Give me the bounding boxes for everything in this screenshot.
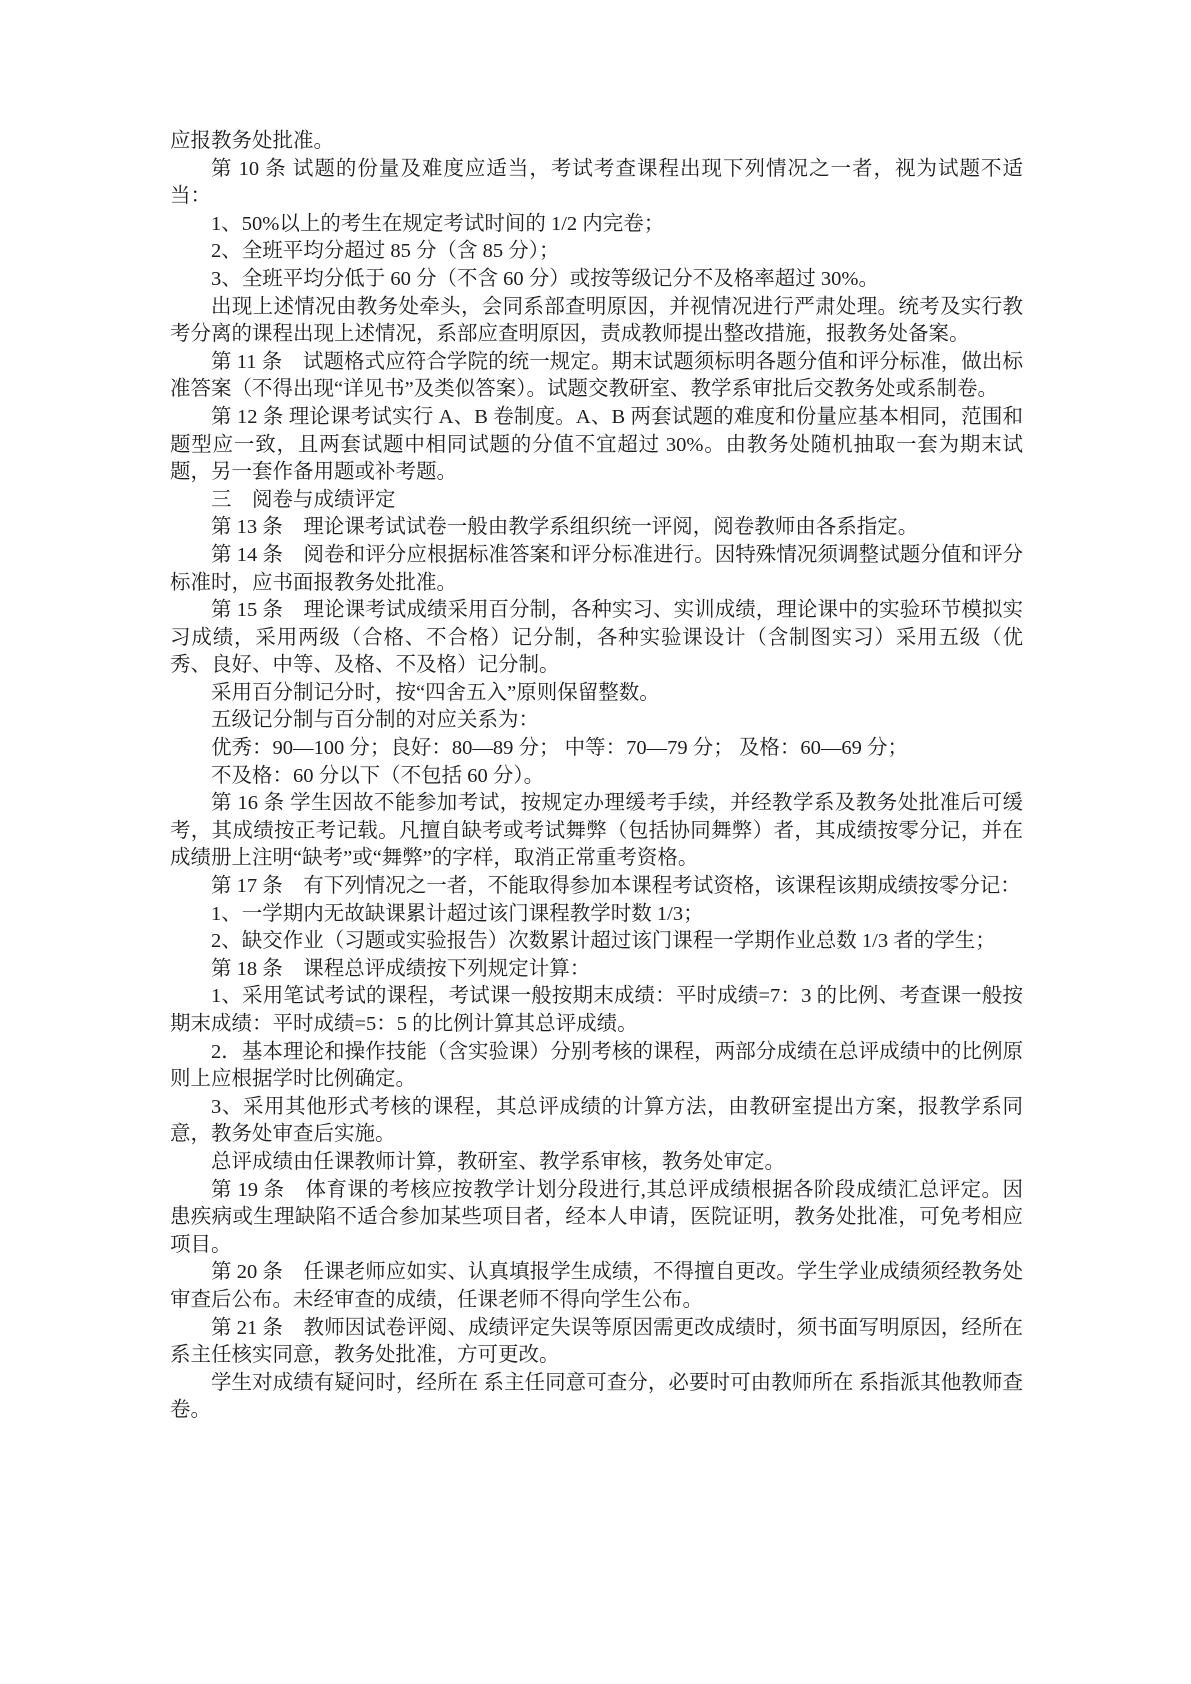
paragraph-article-13: 第 13 条 理论课考试试卷一般由教学系组织统一评阅，阅卷教师由各系指定。 bbox=[170, 514, 1023, 542]
paragraph-note: 出现上述情况由教务处牵头，会同系部查明原因，并视情况进行严肃处理。统考及实行教考… bbox=[170, 294, 1023, 349]
paragraph-article-17: 第 17 条 有下列情况之一者，不能取得参加本课程考试资格，该课程该期成绩按零分… bbox=[170, 873, 1023, 901]
paragraph-item-18-1: 1、采用笔试考试的课程，考试课一般按期末成绩：平时成绩=7：3 的比例、考查课一… bbox=[170, 983, 1023, 1038]
paragraph-grade-mapping: 优秀：90—100 分；良好：80—89 分； 中等：70—79 分； 及格：6… bbox=[170, 735, 1023, 763]
paragraph-article-18: 第 18 条 课程总评成绩按下列规定计算： bbox=[170, 956, 1023, 984]
paragraph-rounding-rule: 采用百分制记分时，按“四舍五入”原则保留整数。 bbox=[170, 680, 1023, 708]
paragraph-grade-mapping-intro: 五级记分制与百分制的对应关系为： bbox=[170, 707, 1023, 735]
paragraph-item-18-2: 2．基本理论和操作技能（含实验课）分别考核的课程，两部分成绩在总评成绩中的比例原… bbox=[170, 1039, 1023, 1094]
paragraph-item-17-2: 2、缺交作业（习题或实验报告）次数累计超过该门课程一学期作业总数 1/3 者的学… bbox=[170, 928, 1023, 956]
paragraph-article-15: 第 15 条 理论课考试成绩采用百分制，各种实习、实训成绩，理论课中的实验环节模… bbox=[170, 597, 1023, 680]
paragraph-item-3: 3、全班平均分低于 60 分（不含 60 分）或按等级记分不及格率超过 30%。 bbox=[170, 266, 1023, 294]
paragraph-article-14: 第 14 条 阅卷和评分应根据标准答案和评分标准进行。因特殊情况须调整试题分值和… bbox=[170, 542, 1023, 597]
paragraph-grade-inquiry: 学生对成绩有疑问时，经所在 系主任同意可查分，必要时可由教师所在 系指派其他教师… bbox=[170, 1370, 1023, 1425]
paragraph-article-20: 第 20 条 任课老师应如实、认真填报学生成绩，不得擅自更改。学生学业成绩须经教… bbox=[170, 1259, 1023, 1314]
paragraph-item-1: 1、50%以上的考生在规定考试时间的 1/2 内完卷； bbox=[170, 211, 1023, 239]
paragraph-article-19: 第 19 条 体育课的考核应按教学计划分段进行,其总评成绩根据各阶段成绩汇总评定… bbox=[170, 1177, 1023, 1260]
paragraph-continuation: 应报教务处批准。 bbox=[170, 128, 1023, 156]
paragraph-article-11: 第 11 条 试题格式应符合学院的统一规定。期末试题须标明各题分值和评分标准，做… bbox=[170, 349, 1023, 404]
paragraph-article-16: 第 16 条 学生因故不能参加考试，按规定办理缓考手续，并经教学系及教务处批准后… bbox=[170, 790, 1023, 873]
paragraph-total-grade-review: 总评成绩由任课教师计算，教研室、教学系审核，教务处审定。 bbox=[170, 1149, 1023, 1177]
paragraph-item-17-1: 1、一学期内无故缺课累计超过该门课程教学时数 1/3； bbox=[170, 901, 1023, 929]
paragraph-article-10: 第 10 条 试题的份量及难度应适当，考试考查课程出现下列情况之一者，视为试题不… bbox=[170, 156, 1023, 211]
section-heading-3: 三 阅卷与成绩评定 bbox=[170, 487, 1023, 515]
paragraph-item-2: 2、全班平均分超过 85 分（含 85 分）； bbox=[170, 238, 1023, 266]
paragraph-item-18-3: 3、采用其他形式考核的课程，其总评成绩的计算方法，由教研室提出方案，报教学系同意… bbox=[170, 1094, 1023, 1149]
paragraph-article-21: 第 21 条 教师因试卷评阅、成绩评定失误等原因需更改成绩时，须书面写明原因，经… bbox=[170, 1315, 1023, 1370]
document-page: 应报教务处批准。 第 10 条 试题的份量及难度应适当，考试考查课程出现下列情况… bbox=[0, 0, 1191, 1684]
document-body: 应报教务处批准。 第 10 条 试题的份量及难度应适当，考试考查课程出现下列情况… bbox=[170, 128, 1023, 1425]
paragraph-article-12: 第 12 条 理论课考试实行 A、B 卷制度。A、B 两套试题的难度和份量应基本… bbox=[170, 404, 1023, 487]
paragraph-grade-fail: 不及格：60 分以下（不包括 60 分）。 bbox=[170, 763, 1023, 791]
